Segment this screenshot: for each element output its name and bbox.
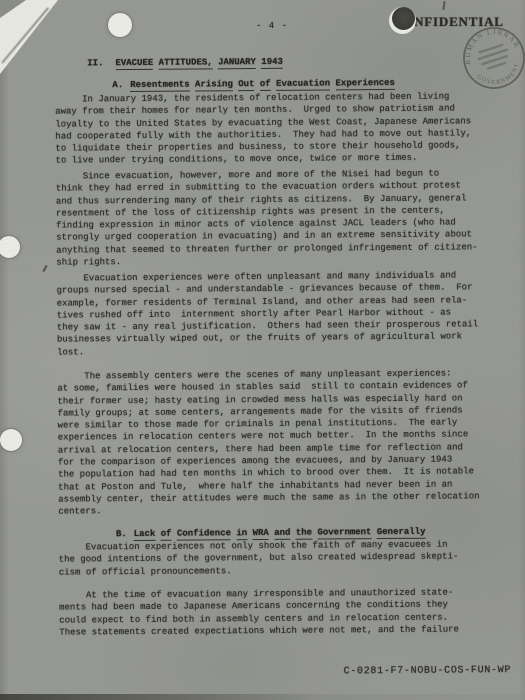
paragraph-5: Evacuation experiences not only shook th… <box>59 538 459 578</box>
subsection-a-title: Resentments Arising Out of Evacuation Ex… <box>130 78 395 92</box>
section-title: EVACUEE ATTITUDES, JANUARY 1943 <box>115 57 283 70</box>
paragraph-4: The assembly centers were the scenes of … <box>57 367 479 518</box>
paragraph-1: In January 1943, the residents of reloca… <box>55 90 471 167</box>
subsection-b-number: B. <box>116 529 127 539</box>
subsection-a-number: A. <box>112 80 123 90</box>
typed-content: II.EVACUEE ATTITUDES, JANUARY 1943 A.Res… <box>0 0 525 700</box>
footer-document-code: C-0281-F7-NOBU-COS-FUN-WP <box>344 665 512 677</box>
paragraph-6: At the time of evacuation many irrespons… <box>59 586 459 638</box>
paragraph-2: Since evacuation, however, more and more… <box>56 167 478 269</box>
scanned-document-page: - 4 - CONFIDENTIAL TRUMAN LIBRARY GOVERN… <box>0 0 525 700</box>
paragraph-3: Evacuation experiences were often unplea… <box>56 269 478 358</box>
section-number: II. <box>87 58 103 68</box>
